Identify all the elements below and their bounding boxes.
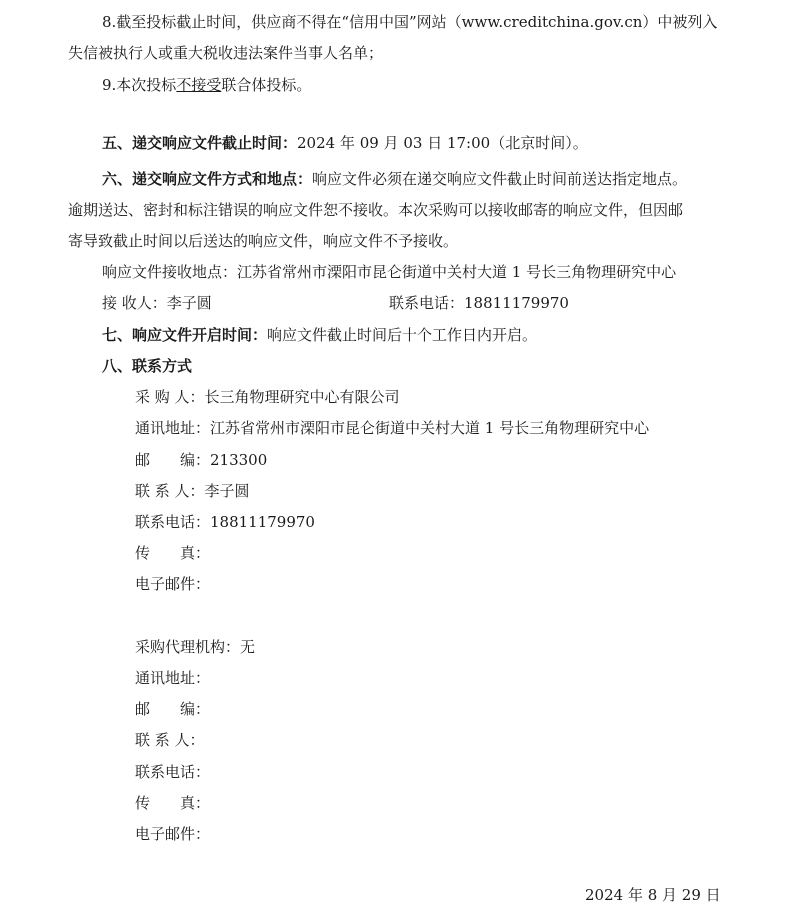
- agency-email: 电子邮件：: [135, 824, 210, 844]
- section-5: 五、递交响应文件截止时间：2024 年 09 月 03 日 17:00（北京时间…: [102, 133, 588, 153]
- section-6-text-1: 响应文件必须在递交响应文件截止时间前送达指定地点。: [312, 170, 687, 188]
- section-7-heading: 七、响应文件开启时间：: [102, 326, 267, 344]
- section-8-heading: 八、联系方式: [102, 356, 192, 376]
- purchaser-postcode: 邮 编：213300: [135, 450, 267, 470]
- section-5-heading: 五、递交响应文件截止时间：: [102, 134, 297, 152]
- section-6-line-3: 寄导致截止时间以后送达的响应文件，响应文件不予接收。: [68, 231, 458, 251]
- purchaser-phone: 联系电话：18811179970: [135, 512, 315, 532]
- purchaser-email: 电子邮件：: [135, 574, 210, 594]
- agency-postcode: 邮 编：: [135, 699, 210, 719]
- agency-fax: 传 真：: [135, 793, 210, 813]
- agency-address: 通讯地址：: [135, 668, 210, 688]
- section-7: 七、响应文件开启时间：响应文件截止时间后十个工作日内开启。: [102, 325, 537, 345]
- section-7-text: 响应文件截止时间后十个工作日内开启。: [267, 326, 537, 344]
- clause-9-underlined: 不接受: [176, 76, 221, 94]
- clause-8-line-1: 8.截至投标截止时间，供应商不得在“信用中国”网站（www.creditchin…: [102, 12, 717, 32]
- purchaser-address: 通讯地址：江苏省常州市溧阳市昆仑街道中关村大道 1 号长三角物理研究中心: [135, 418, 649, 438]
- section-6-location: 响应文件接收地点：江苏省常州市溧阳市昆仑街道中关村大道 1 号长三角物理研究中心: [102, 262, 676, 282]
- clause-9-prefix: 9.本次投标: [102, 76, 176, 94]
- section-6-line-1: 六、递交响应文件方式和地点：响应文件必须在递交响应文件截止时间前送达指定地点。: [102, 169, 687, 189]
- clause-9: 9.本次投标不接受联合体投标。: [102, 75, 311, 95]
- section-6-receiver: 接 收人：李子圆: [102, 293, 212, 313]
- agency-name: 采购代理机构：无: [135, 637, 255, 657]
- purchaser-fax: 传 真：: [135, 543, 210, 563]
- purchaser-name: 采 购 人：长三角物理研究中心有限公司: [135, 387, 400, 407]
- section-6-heading: 六、递交响应文件方式和地点：: [102, 170, 312, 188]
- section-6-line-2: 逾期送达、密封和标注错误的响应文件恕不接收。本次采购可以接收邮寄的响应文件，但因…: [68, 200, 683, 220]
- section-5-text: 2024 年 09 月 03 日 17:00（北京时间）。: [297, 134, 588, 152]
- purchaser-contact: 联 系 人：李子圆: [135, 481, 250, 501]
- clause-9-suffix: 联合体投标。: [221, 76, 311, 94]
- agency-contact: 联 系 人：: [135, 730, 205, 750]
- section-6-phone: 联系电话：18811179970: [389, 293, 569, 313]
- agency-phone: 联系电话：: [135, 762, 210, 782]
- clause-8-line-2: 失信被执行人或重大税收违法案件当事人名单；: [68, 43, 383, 63]
- document-date: 2024 年 8 月 29 日: [585, 885, 721, 905]
